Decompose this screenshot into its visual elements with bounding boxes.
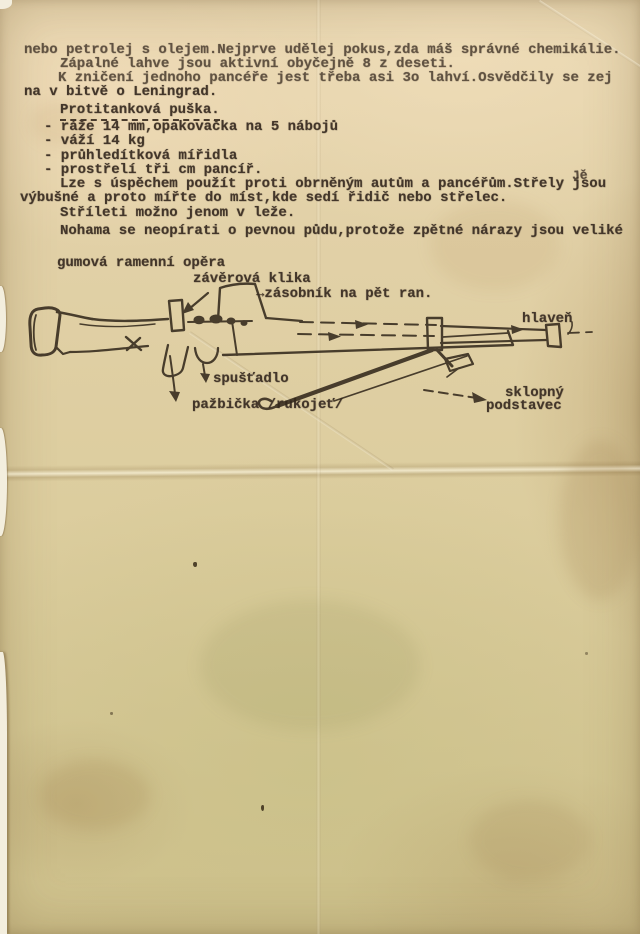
label-magazine: →zásobník na pět ran. bbox=[256, 287, 432, 301]
bullet-line: - průhledítková mířidla bbox=[44, 149, 237, 163]
label-barrel: hlaveň bbox=[522, 312, 572, 326]
typewriter-overstrike: Jě bbox=[572, 168, 589, 183]
stock-lines bbox=[70, 319, 168, 352]
typed-line: Lze s úspěchem použít proti obrněným aut… bbox=[60, 177, 606, 191]
paper-stain bbox=[430, 200, 560, 290]
bipod-legs bbox=[259, 318, 473, 409]
label-shoulder-rest: gumová ramenní opěra bbox=[57, 256, 225, 270]
torn-edge bbox=[0, 652, 7, 934]
grip-and-trigger bbox=[163, 345, 218, 376]
trigger-arrow bbox=[203, 364, 205, 376]
label-bipod: podstavec bbox=[486, 399, 562, 413]
paper-stain bbox=[200, 600, 420, 730]
bipod-arrow bbox=[424, 390, 477, 398]
bullet-line: - váží 14 kg bbox=[44, 134, 145, 148]
torn-edge bbox=[0, 0, 12, 9]
bolt-handle-arrow bbox=[189, 293, 208, 309]
torn-edge bbox=[0, 428, 7, 536]
ink-speck bbox=[110, 712, 113, 715]
typed-line: K zničení jednoho pancéře jest třeba asi… bbox=[58, 71, 613, 85]
ink-speck bbox=[261, 805, 264, 811]
torn-edge bbox=[0, 286, 6, 352]
corner-crease bbox=[538, 0, 640, 76]
typed-line: nebo petrolej s olejem.Nejprve udělej po… bbox=[24, 43, 621, 57]
bullet-line: - ráže 14 mm,opakovačka na 5 nábojů bbox=[44, 120, 338, 134]
paper-stain bbox=[470, 800, 590, 880]
receiver bbox=[223, 318, 513, 355]
label-bolt-handle: závěrová klika bbox=[193, 272, 311, 286]
ink-speck bbox=[193, 562, 197, 567]
label-trigger: spušťadlo bbox=[213, 372, 289, 386]
bullet-line: - prostřelí tři cm pancíř. bbox=[44, 163, 262, 177]
muzzle bbox=[546, 324, 561, 347]
paper-stain bbox=[40, 760, 150, 830]
horizontal-fold-crease bbox=[0, 460, 640, 482]
typed-line: Stříleti možno jenom v leže. bbox=[60, 206, 295, 220]
vertical-fold-crease bbox=[316, 0, 321, 934]
typed-line: Nohama se neopírati o pevnou půdu,protož… bbox=[60, 224, 623, 238]
bolt-assembly bbox=[169, 300, 252, 331]
typed-line: Zápalné lahve jsou aktivní obyčejně 8 z … bbox=[60, 57, 455, 71]
typed-line: výbušné a proto mířte do míst,kde sedí ř… bbox=[20, 191, 507, 205]
butt-stock bbox=[30, 308, 92, 355]
paper-stain bbox=[560, 440, 640, 600]
grip-arrow bbox=[170, 356, 175, 394]
typed-line: na v bitvě o Leningrad. bbox=[24, 85, 217, 99]
ink-speck bbox=[585, 652, 588, 655]
label-grip: pažbička /rukojeť/ bbox=[192, 398, 343, 412]
section-heading: Protitanková puška. bbox=[60, 103, 220, 117]
document-page: nebo petrolej s olejem.Nejprve udělej po… bbox=[0, 0, 640, 934]
